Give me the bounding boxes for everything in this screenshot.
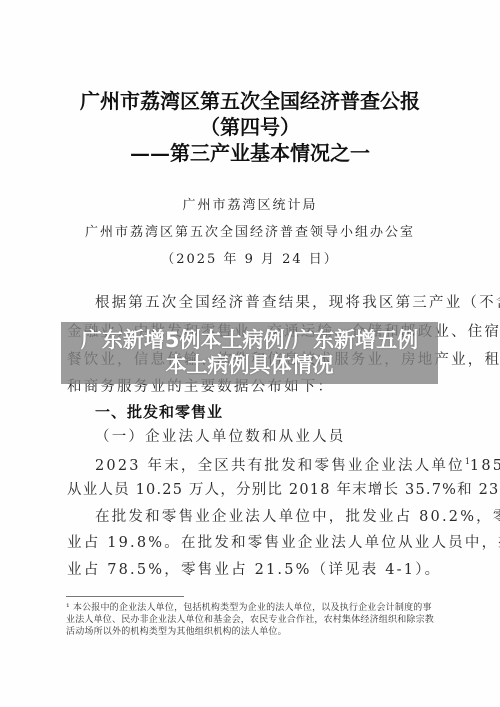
headline-overlay-text: 广东新增5例本土病例/广东新增五例 本土病例具体情况: [61, 322, 438, 378]
document-title: 广州市荔湾区第五次全国经济普查公报: [0, 88, 500, 114]
intro-line-1: 根据第五次全国经济普查结果，现将我区第三产业（不含: [95, 293, 500, 313]
headline-line-2: 本土病例具体情况: [61, 353, 438, 378]
footnote: ¹ 本公报中的企业法人单位，包括机构类型为企业的法人单位，以及执行企业会计制度的…: [66, 602, 436, 638]
document-subtitle: ——第三产业基本情况之一: [0, 140, 500, 166]
document-number: （第四号）: [0, 114, 500, 140]
para2-line-1: 在批发和零售业企业法人单位中，批发业占 80.2%，零售: [95, 507, 500, 527]
headline-line-1: 广东新增5例本土病例/广东新增五例: [61, 328, 438, 353]
publish-date: （2025 年 9 月 24 日）: [0, 246, 500, 273]
document-page: 广州市荔湾区第五次全国经济普查公报 （第四号） ——第三产业基本情况之一 广州市…: [0, 0, 500, 707]
para1-text-a: 2023 年末，全区共有批发和零售业企业法人单位: [95, 458, 465, 474]
subsection-heading: （一）企业法人单位数和从业人员: [95, 427, 346, 447]
issuer-block: 广州市荔湾区统计局 广州市荔湾区第五次全国经济普查领导小组办公室 （2025 年…: [0, 192, 500, 273]
title-block: 广州市荔湾区第五次全国经济普查公报 （第四号） ——第三产业基本情况之一: [0, 88, 500, 166]
para1-text-b: 18524 个，: [470, 458, 500, 474]
para2-line-3: 业占 78.5%，零售业占 21.5%（详见表 4-1）。: [67, 560, 441, 580]
footnote-divider: [66, 596, 184, 597]
para2-line-2: 业占 19.8%。在批发和零售业企业法人单位从业人员中，批发: [67, 533, 500, 553]
para1-line-1: 2023 年末，全区共有批发和零售业企业法人单位118524 个，: [95, 452, 500, 472]
issuer-statistics-bureau: 广州市荔湾区统计局: [0, 192, 500, 219]
issuer-census-office: 广州市荔湾区第五次全国经济普查领导小组办公室: [0, 219, 500, 246]
para1-line-2: 从业人员 10.25 万人，分别比 2018 年末增长 35.7%和 23.5%…: [67, 480, 500, 500]
section-heading: 一、批发和零售业: [95, 402, 223, 422]
